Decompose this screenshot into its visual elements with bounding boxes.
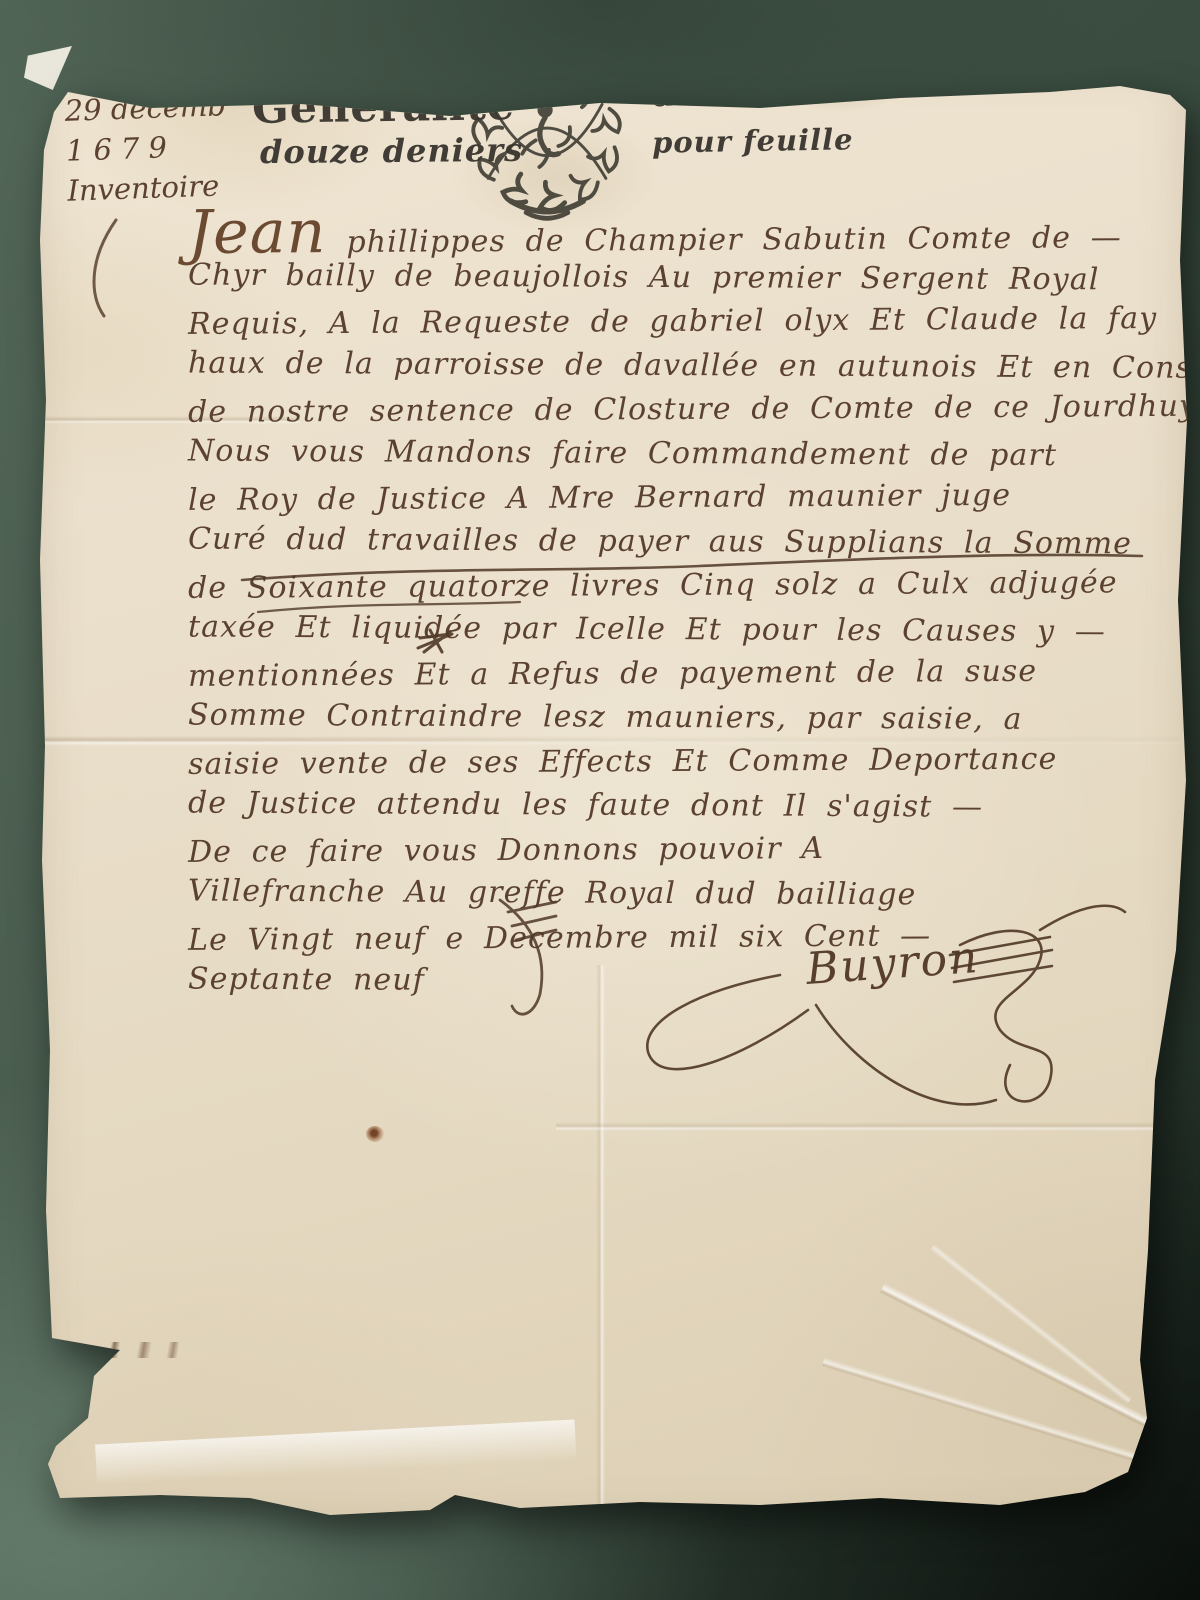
- corner-crease-1: [880, 1283, 1153, 1430]
- manuscript-line-underlined: de Soixante quatorze livres Cinq solz a …: [188, 561, 1148, 611]
- manuscript-line: haux de la parroisse de davallée en autu…: [188, 341, 1148, 390]
- manuscript-line: taxée Et liquidée par Icelle Et pour les…: [188, 605, 1148, 654]
- manuscript-line: Villefranche Au greffe Royal dud baillia…: [188, 869, 1148, 918]
- manuscript-line: de nostre sentence de Closture de Comte …: [188, 385, 1148, 435]
- manuscript-line: De ce faire vous Donnons pouvoir A: [188, 825, 1148, 875]
- annotation-date: 29 decemb: [64, 85, 227, 131]
- annotation-year: 1679: [65, 125, 228, 171]
- manuscript-line: Septante neuf: [188, 957, 1148, 1006]
- opening-initial: Jean: [188, 210, 327, 255]
- stamp-text-pour-feuille: pour feuille: [652, 122, 854, 160]
- manuscript-line: le Roy de Justice A Mre Bernard maunier …: [188, 473, 1148, 523]
- corner-crease-2: [822, 1357, 1141, 1463]
- ink-stain-spot: [366, 1126, 384, 1142]
- tax-stamp-lion-emblem-icon: [452, 34, 642, 224]
- corner-crease-3: [930, 1244, 1132, 1404]
- torn-edge-highlight: [95, 1419, 577, 1492]
- manuscript-line: Jean phillippes de Champier Sabutin Comt…: [188, 205, 1148, 259]
- manuscript-line: Somme Contraindre lesz mauniers, par sai…: [188, 693, 1148, 742]
- manuscript-line: Le Vingt neuf e Decembre mil six Cent —: [188, 913, 1148, 963]
- manuscript-line: de Justice attendu les faute dont Il s'a…: [188, 781, 1148, 830]
- manuscript-body: Jean phillippes de Champier Sabutin Comt…: [188, 208, 1148, 1004]
- fold-crease-lower-right: [556, 1122, 1156, 1131]
- fold-crease-vertical: [596, 965, 605, 1510]
- stamp-text-de-lion: de Lion: [651, 66, 817, 115]
- manuscript-line: Chyr bailly de beaujollois Au premier Se…: [188, 253, 1148, 302]
- tear-edge-marks: [102, 1342, 192, 1358]
- manuscript-line: saisie vente de ses Effects Et Comme Dep…: [188, 737, 1148, 787]
- manuscript-line: Nous vous Mandons faire Commandement de …: [188, 429, 1148, 478]
- manuscript-paper: Generalité de Lion douze deniers pour fe…: [36, 60, 1188, 1525]
- margin-annotation: 29 decemb 1679 Inventoire: [64, 85, 229, 211]
- manuscript-line: Requis, A la Requeste de gabriel olyx Et…: [188, 297, 1148, 347]
- initial-descender-flourish: [94, 220, 116, 316]
- manuscript-line: Curé dud travailles de payer aus Supplia…: [188, 517, 1148, 566]
- manuscript-line: mentionnées Et a Refus de payement de la…: [188, 649, 1148, 699]
- torn-corner-flap: [24, 46, 72, 90]
